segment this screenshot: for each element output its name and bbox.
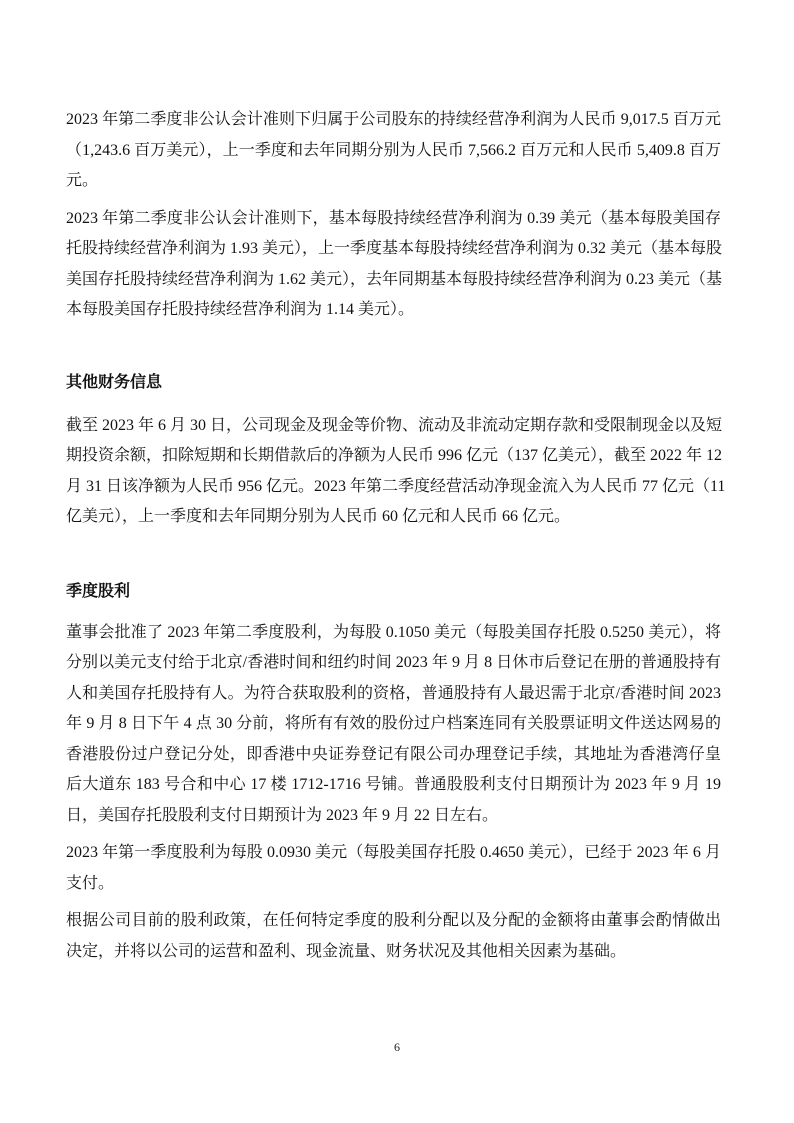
document-page: 2023 年第二季度非公认会计准则下归属于公司股东的持续经营净利润为人民币 9,… [66, 105, 721, 967]
text-line: 元。 [66, 166, 721, 197]
text-line: 根据公司目前的股利政策，在任何特定季度的股利分配以及分配的金额将由董事会酌情做出 [66, 906, 721, 937]
text-line: 董事会批准了 2023 年第二季度股利，为每股 0.1050 美元（每股美国存托… [66, 618, 721, 649]
text-line: 决定，并将以公司的运营和盈利、现金流量、财务状况及其他相关因素为基础。 [66, 937, 721, 968]
paragraph-dividend-policy: 根据公司目前的股利政策，在任何特定季度的股利分配以及分配的金额将由董事会酌情做出… [66, 906, 721, 967]
paragraph-q2-dividend: 董事会批准了 2023 年第二季度股利，为每股 0.1050 美元（每股美国存托… [66, 618, 721, 832]
section-heading: 季度股利 [66, 576, 721, 606]
text-line: 月 31 日该净额为人民币 956 亿元。2023 年第二季度经营活动净现金流入… [66, 472, 721, 503]
paragraph-cash-position: 截至 2023 年 6 月 30 日，公司现金及现金等价物、流动及非流动定期存款… [66, 411, 721, 533]
text-line: 后大道东 183 号合和中心 17 楼 1712-1716 号铺。普通股股利支付… [66, 770, 721, 801]
paragraph-nongaap-eps: 2023 年第二季度非公认会计准则下，基本每股持续经营净利润为 0.39 美元（… [66, 204, 721, 326]
section-nongaap-net-income: 2023 年第二季度非公认会计准则下归属于公司股东的持续经营净利润为人民币 9,… [66, 105, 721, 326]
text-line: 支付。 [66, 869, 721, 900]
paragraph-q1-dividend: 2023 年第一季度股利为每股 0.0930 美元（每股美国存托股 0.4650… [66, 838, 721, 899]
text-line: 香港股份过户登记分处，即香港中央证券登记有限公司办理登记手续，其地址为香港湾仔皇 [66, 740, 721, 771]
text-line: 亿美元），上一季度和去年同期分别为人民币 60 亿元和人民币 66 亿元。 [66, 502, 721, 533]
text-line: 本每股美国存托股持续经营净利润为 1.14 美元）。 [66, 295, 721, 326]
text-line: （1,243.6 百万美元），上一季度和去年同期分别为人民币 7,566.2 百… [66, 136, 721, 167]
text-line: 日，美国存托股股利支付日期预计为 2023 年 9 月 22 日左右。 [66, 801, 721, 832]
text-line: 2023 年第一季度股利为每股 0.0930 美元（每股美国存托股 0.4650… [66, 838, 721, 869]
text-line: 期投资余额，扣除短期和长期借款后的净额为人民币 996 亿元（137 亿美元），… [66, 441, 721, 472]
text-line: 年 9 月 8 日下午 4 点 30 分前，将所有有效的股份过户档案连同有关股票… [66, 709, 721, 740]
page-number: 6 [0, 1040, 794, 1055]
section-heading: 其他财务信息 [66, 367, 721, 397]
text-line: 2023 年第二季度非公认会计准则下归属于公司股东的持续经营净利润为人民币 9,… [66, 105, 721, 136]
paragraph-nongaap-net-income: 2023 年第二季度非公认会计准则下归属于公司股东的持续经营净利润为人民币 9,… [66, 105, 721, 197]
text-line: 托股持续经营净利润为 1.93 美元），上一季度基本每股持续经营净利润为 0.3… [66, 234, 721, 265]
text-line: 2023 年第二季度非公认会计准则下，基本每股持续经营净利润为 0.39 美元（… [66, 204, 721, 235]
section-other-financial-info: 其他财务信息 截至 2023 年 6 月 30 日，公司现金及现金等价物、流动及… [66, 367, 721, 533]
text-line: 人和美国存托股持有人。为符合获取股利的资格，普通股持有人最迟需于北京/香港时间 … [66, 679, 721, 710]
text-line: 截至 2023 年 6 月 30 日，公司现金及现金等价物、流动及非流动定期存款… [66, 411, 721, 442]
section-quarterly-dividend: 季度股利 董事会批准了 2023 年第二季度股利，为每股 0.1050 美元（每… [66, 576, 721, 968]
text-line: 分别以美元支付给于北京/香港时间和纽约时间 2023 年 9 月 8 日休市后登… [66, 648, 721, 679]
text-line: 美国存托股持续经营净利润为 1.62 美元），去年同期基本每股持续经营净利润为 … [66, 265, 721, 296]
